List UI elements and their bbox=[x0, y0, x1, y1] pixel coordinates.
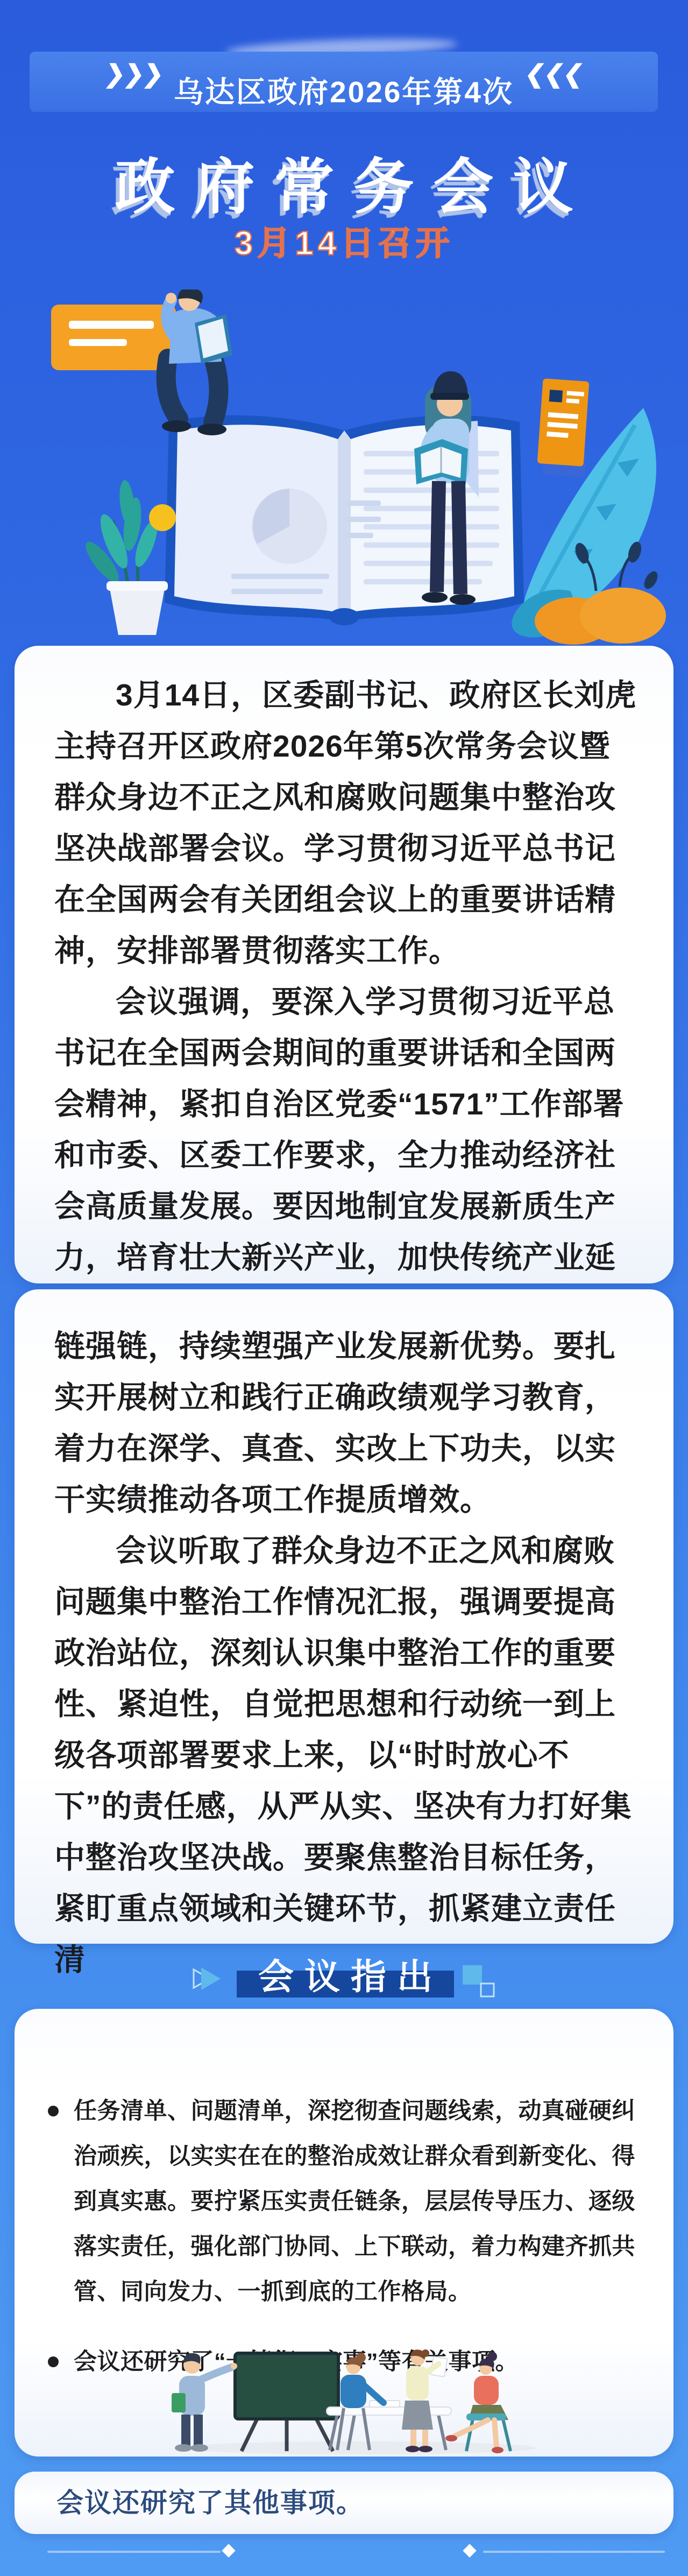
content-card-2: 链强链，持续塑强产业发展新优势。要扎实开展树立和践行正确政绩观学习教育，着力在深… bbox=[15, 1289, 673, 1944]
paragraph: 链强链，持续塑强产业发展新优势。要扎实开展树立和践行正确政绩观学习教育，着力在深… bbox=[54, 1321, 638, 1526]
list-item-text: 任务清单、问题清单，深挖彻查问题线索，动真碰硬纠治顽疾，以实实在在的整治成效让群… bbox=[74, 2088, 642, 2314]
footer-note: 会议还研究了其他事项。 bbox=[56, 2472, 364, 2534]
blackboard bbox=[235, 2353, 338, 2451]
paragraph: 3月14日，区委副书记、政府区长刘虎主持召开区政府2026年第5次常务会议暨群众… bbox=[54, 670, 638, 977]
divider-line bbox=[483, 2551, 665, 2553]
diamond-icon bbox=[222, 2544, 235, 2557]
content-card-1: 3月14日，区委副书记、政府区长刘虎主持召开区政府2026年第5次常务会议暨群众… bbox=[15, 646, 673, 1283]
standing-woman-yellow bbox=[402, 2349, 448, 2452]
open-book bbox=[165, 415, 524, 625]
meeting-series-label: 乌达区政府2026年第4次 bbox=[30, 68, 658, 111]
potted-plant bbox=[81, 479, 176, 635]
header-banner: ❯❯❯ ❮❮❮ 乌达区政府2026年第4次 bbox=[30, 52, 658, 112]
seated-woman-red bbox=[445, 2352, 510, 2453]
section-title: 会议指出 bbox=[226, 1953, 465, 2000]
bullet-icon bbox=[48, 2356, 59, 2367]
footer-card: 会议还研究了其他事项。 bbox=[15, 2472, 673, 2534]
bullet-icon bbox=[48, 2106, 59, 2116]
list-item: 任务清单、问题清单，深挖彻查问题线索，动真碰硬纠治顽疾，以实实在在的整治成效让群… bbox=[48, 2088, 642, 2314]
meeting-date: 3月14日召开 bbox=[0, 216, 688, 264]
paragraph: 会议强调，要深入学习贯彻习近平总书记在全国两会期间的重要讲话和全国两会精神，紧扣… bbox=[54, 977, 638, 1335]
paragraph: 会议听取了群众身边不正之风和腐败问题集中整治工作情况汇报，强调要提高政治站位，深… bbox=[54, 1526, 638, 1986]
triangle-deco-icon bbox=[189, 1961, 227, 1995]
teacher-person bbox=[172, 2353, 237, 2452]
note-icon bbox=[536, 378, 591, 477]
meeting-poster: ❯❯❯ ❮❮❮ 乌达区政府2026年第4次 政府常务会议 3月14日召开 bbox=[0, 0, 688, 2576]
diamond-icon bbox=[463, 2544, 476, 2557]
page-title: 政府常务会议 bbox=[0, 139, 688, 225]
highlights-card: 任务清单、问题清单，深挖彻查问题线索，动真碰硬纠治顽疾，以实实在在的整治成效让群… bbox=[15, 2009, 673, 2457]
section-banner: 会议指出 bbox=[0, 1953, 688, 2003]
meeting-illustration bbox=[144, 2349, 542, 2454]
square-deco-icon bbox=[460, 1963, 500, 2001]
reading-illustration bbox=[0, 290, 688, 645]
divider-line bbox=[47, 2551, 221, 2553]
sitting-reader-person bbox=[162, 290, 232, 435]
